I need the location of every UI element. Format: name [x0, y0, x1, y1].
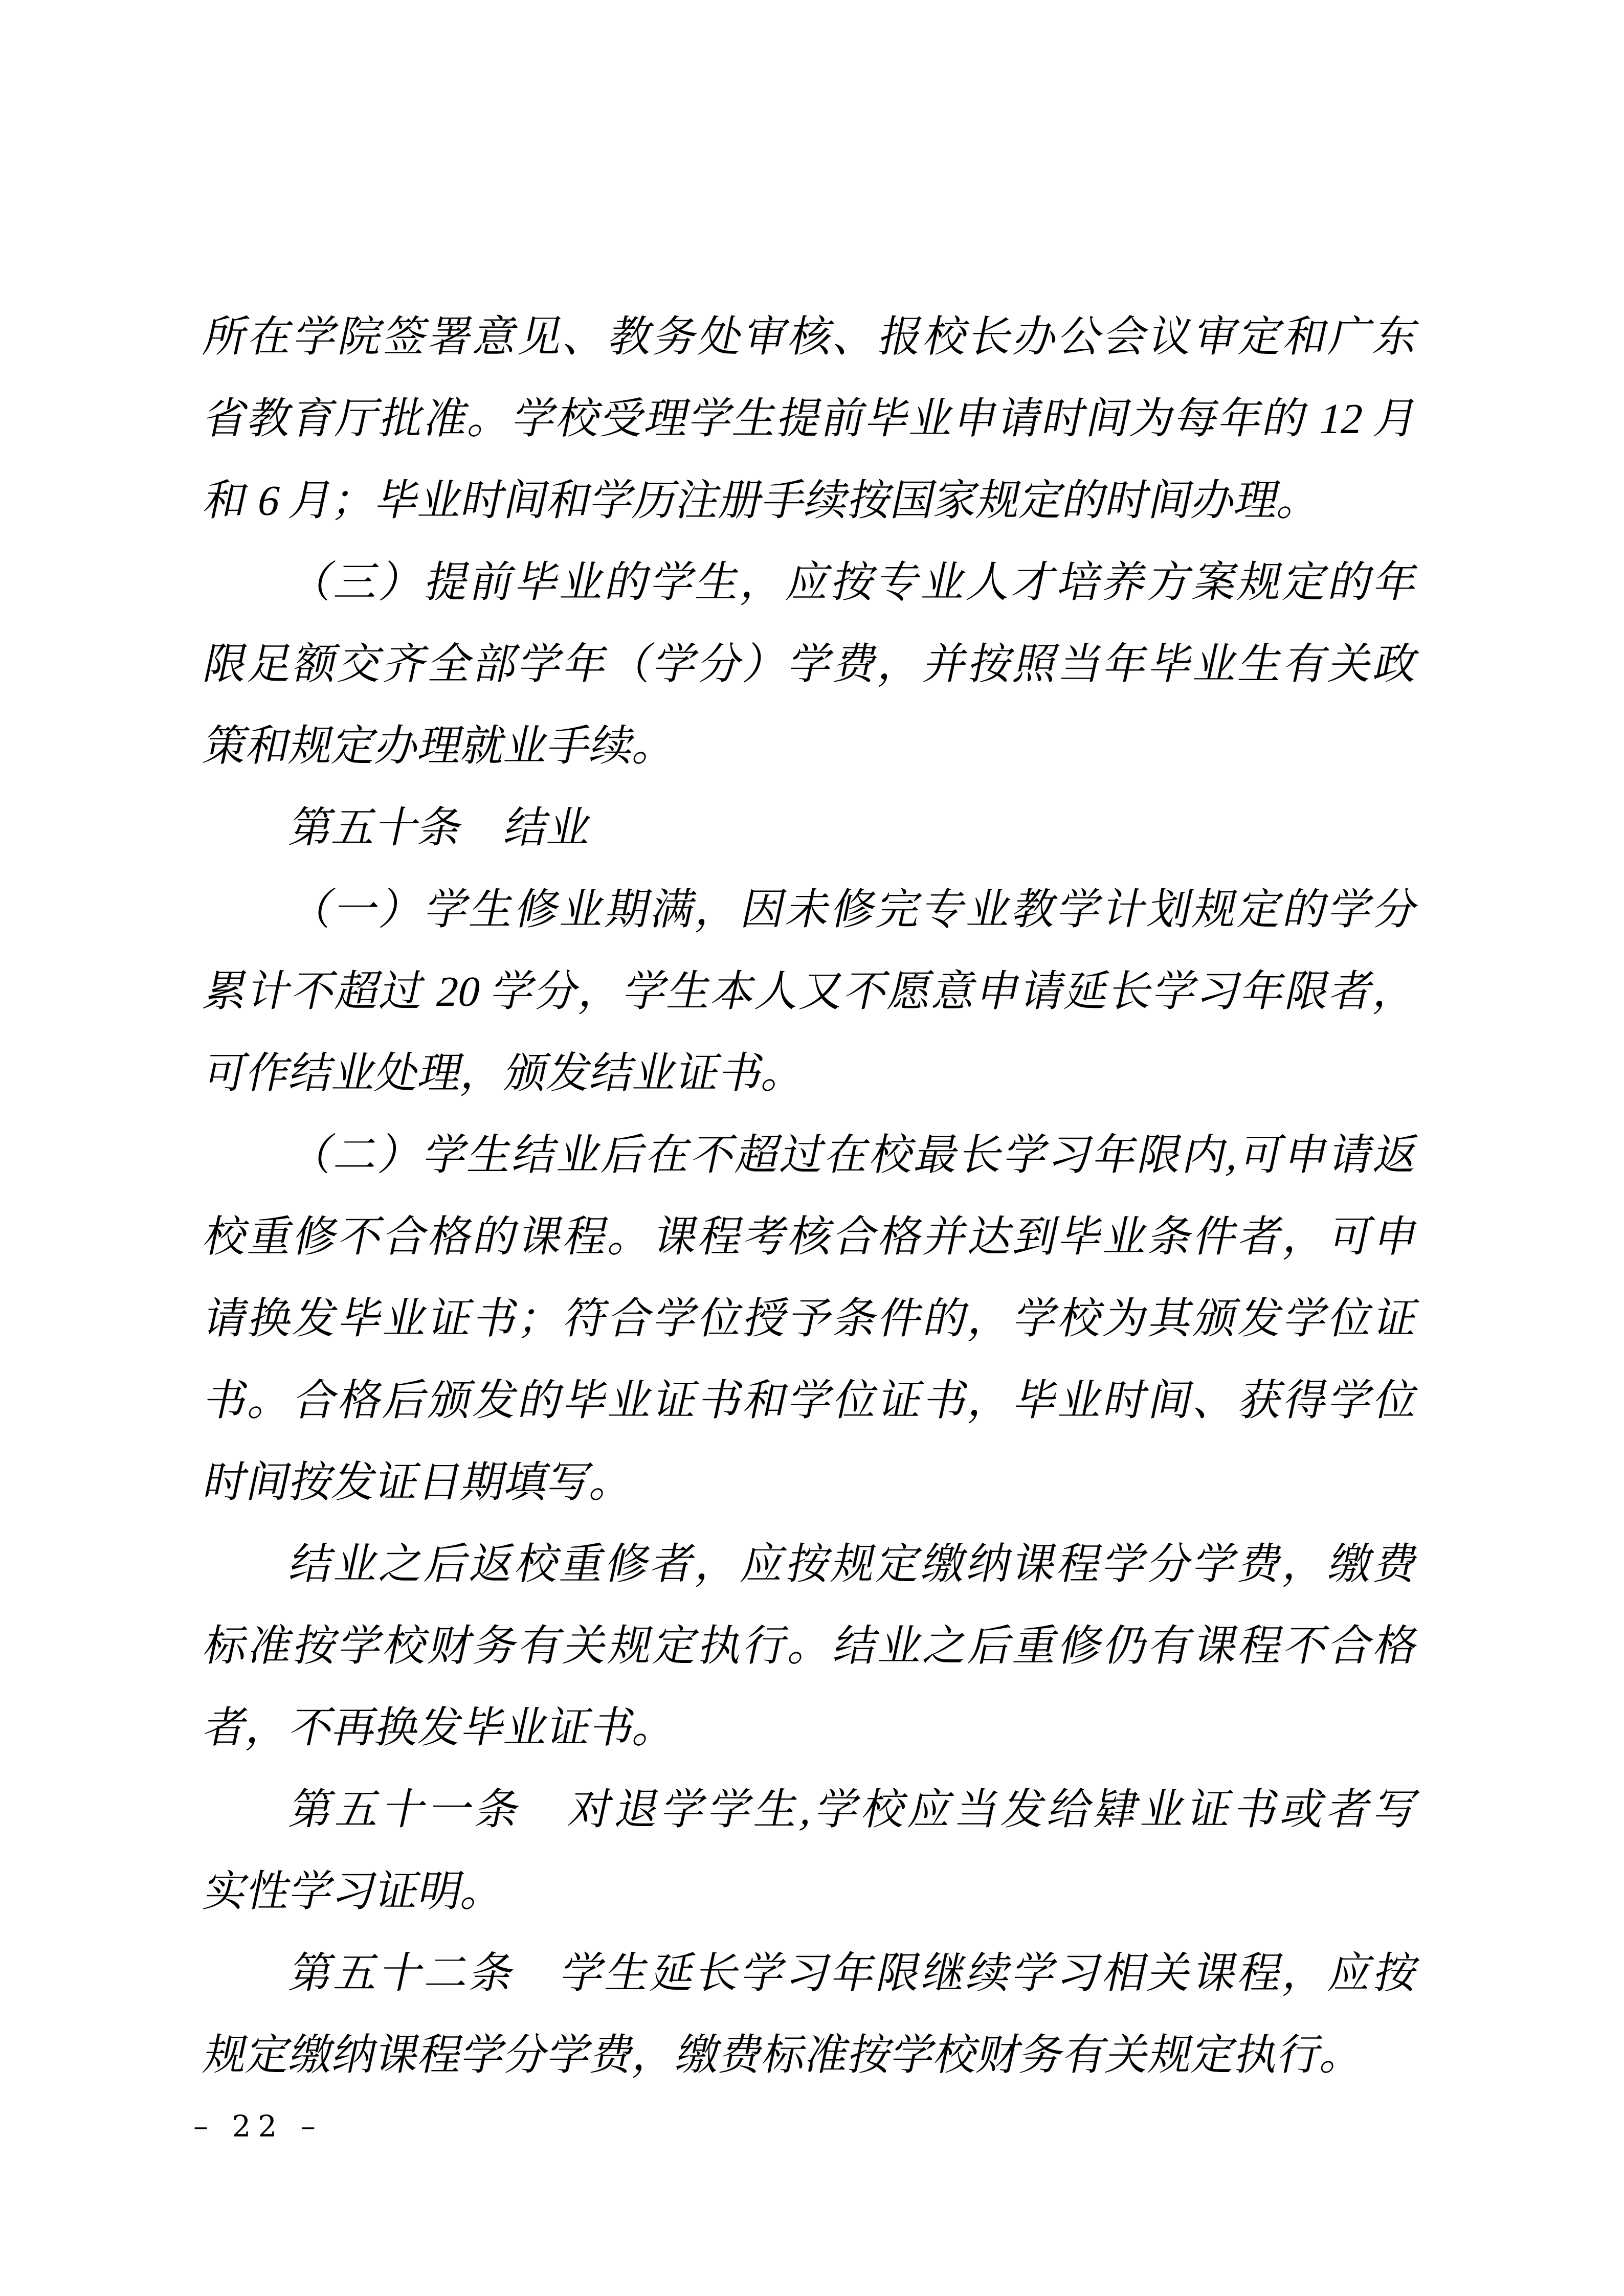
text-line: 结业之后返校重修者，应按规定缴纳课程学分学费，缴费	[196, 1524, 1427, 1606]
text-line: 和 6 月；毕业时间和学历注册手续按国家规定的时间办理。	[196, 460, 1427, 542]
text-line: 时间按发证日期填写。	[196, 1442, 1427, 1524]
text-line: 第五十一条 对退学学生,学校应当发给肄业证书或者写	[196, 1769, 1427, 1851]
text-line: 限足额交齐全部学年（学分）学费，并按照当年毕业生有关政	[196, 624, 1427, 706]
paragraph: 第五十条 结业	[205, 787, 1418, 869]
text-line: 所在学院签署意见、教务处审核、报校长办公会议审定和广东	[196, 297, 1427, 378]
text-line: 实性学习证明。	[196, 1851, 1427, 1933]
text-content: 所在学院签署意见、教务处审核、报校长办公会议审定和广东省教育厅批准。学校受理学生…	[205, 297, 1418, 2097]
paragraph: 所在学院签署意见、教务处审核、报校长办公会议审定和广东省教育厅批准。学校受理学生…	[205, 297, 1418, 542]
text-line: 书。合格后颁发的毕业证书和学位证书，毕业时间、获得学位	[196, 1360, 1427, 1442]
text-line: 校重修不合格的课程。课程考核合格并达到毕业条件者，可申	[196, 1197, 1427, 1278]
paragraph: 第五十一条 对退学学生,学校应当发给肄业证书或者写实性学习证明。	[205, 1769, 1418, 1933]
text-line: 第五十条 结业	[196, 787, 1427, 869]
paragraph: （二）学生结业后在不超过在校最长学习年限内,可申请返校重修不合格的课程。课程考核…	[205, 1115, 1418, 1524]
text-line: 请换发毕业证书；符合学位授予条件的，学校为其颁发学位证	[196, 1278, 1427, 1360]
paragraph: 结业之后返校重修者，应按规定缴纳课程学分学费，缴费标准按学校财务有关规定执行。结…	[205, 1524, 1418, 1769]
text-line: （二）学生结业后在不超过在校最长学习年限内,可申请返	[196, 1115, 1427, 1197]
text-line: 规定缴纳课程学分学费，缴费标准按学校财务有关规定执行。	[196, 2015, 1427, 2097]
text-line: 第五十二条 学生延长学习年限继续学习相关课程，应按	[196, 1933, 1427, 2015]
text-line: （三）提前毕业的学生，应按专业人才培养方案规定的年	[196, 542, 1427, 624]
page-number: – 22 –	[193, 2106, 323, 2147]
document-page: 所在学院签署意见、教务处审核、报校长办公会议审定和广东省教育厅批准。学校受理学生…	[0, 0, 1624, 2296]
paragraph: （一）学生修业期满，因未修完专业教学计划规定的学分累计不超过 20 学分，学生本…	[205, 869, 1418, 1115]
text-line: 者，不再换发毕业证书。	[196, 1687, 1427, 1769]
text-line: 策和规定办理就业手续。	[196, 706, 1427, 787]
text-line: 累计不超过 20 学分，学生本人又不愿意申请延长学习年限者，	[196, 951, 1427, 1033]
text-line: 标准按学校财务有关规定执行。结业之后重修仍有课程不合格	[196, 1606, 1427, 1687]
text-line: （一）学生修业期满，因未修完专业教学计划规定的学分	[196, 869, 1427, 951]
paragraph: （三）提前毕业的学生，应按专业人才培养方案规定的年限足额交齐全部学年（学分）学费…	[205, 542, 1418, 787]
text-line: 省教育厅批准。学校受理学生提前毕业申请时间为每年的 12 月	[196, 378, 1427, 460]
text-line: 可作结业处理，颁发结业证书。	[196, 1033, 1427, 1115]
paragraph: 第五十二条 学生延长学习年限继续学习相关课程，应按规定缴纳课程学分学费，缴费标准…	[205, 1933, 1418, 2097]
